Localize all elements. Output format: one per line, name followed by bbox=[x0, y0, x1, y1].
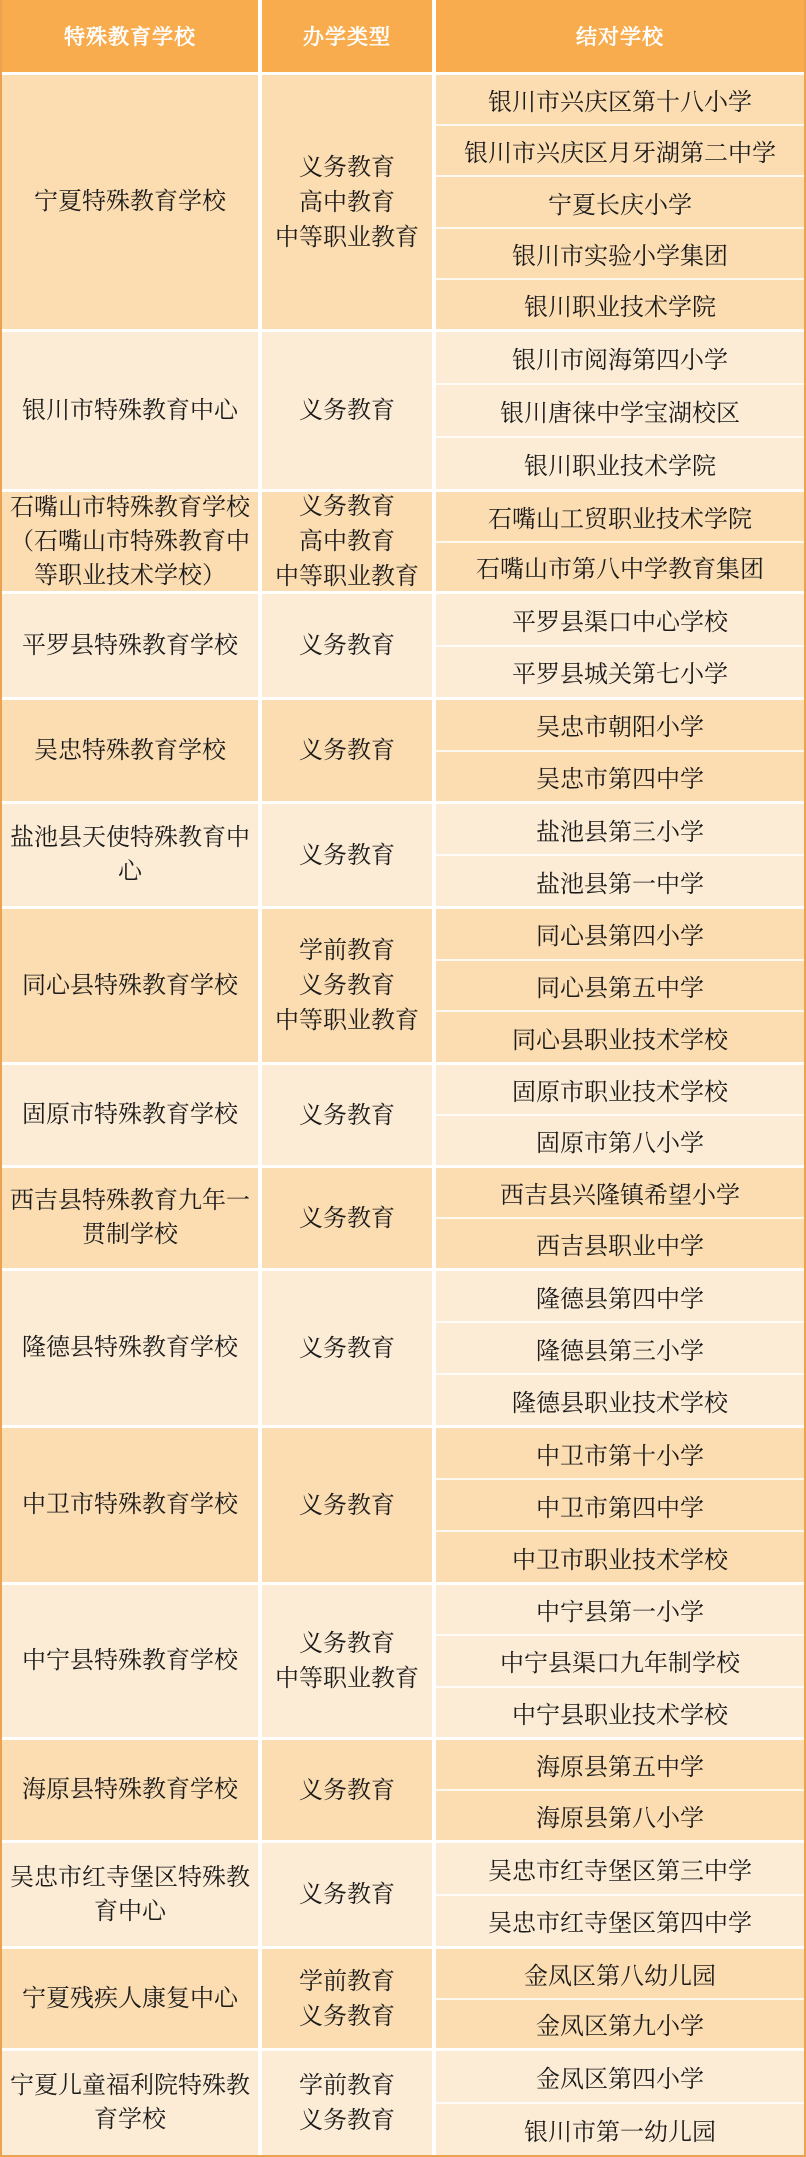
partner-school-list: 同心县第四小学同心县第五中学同心县职业技术学校 bbox=[436, 909, 804, 1062]
partner-school-list: 隆德县第四中学隆德县第三小学隆德县职业技术学校 bbox=[436, 1271, 804, 1425]
education-type-line: 学前教育 bbox=[299, 2068, 395, 2103]
table-row-group: 宁夏儿童福利院特殊教育学校学前教育义务教育金凤区第四小学银川市第一幼儿园 bbox=[2, 2051, 804, 2155]
table-row-group: 宁夏残疾人康复中心学前教育义务教育金凤区第八幼儿园金凤区第九小学 bbox=[2, 1949, 804, 2048]
education-type-cell: 学前教育义务教育中等职业教育 bbox=[262, 909, 432, 1062]
education-type-line: 高中教育 bbox=[299, 185, 395, 220]
partner-school-cell: 海原县第八小学 bbox=[436, 1789, 804, 1840]
special-school-cell: 海原县特殊教育学校 bbox=[2, 1740, 258, 1840]
education-type-line: 中等职业教育 bbox=[275, 1661, 419, 1696]
table-row-group: 银川市特殊教育中心义务教育银川市阅海第四小学银川唐徕中学宝湖校区银川职业技术学院 bbox=[2, 332, 804, 489]
partner-school-cell: 中卫市第十小学 bbox=[436, 1428, 804, 1478]
special-school-cell: 石嘴山市特殊教育学校（石嘴山市特殊教育中等职业技术学校） bbox=[2, 492, 258, 591]
education-type-line: 义务教育 bbox=[299, 489, 395, 524]
education-type-line: 义务教育 bbox=[299, 1999, 395, 2034]
education-type-line: 义务教育 bbox=[299, 733, 395, 768]
education-type-cell: 义务教育中等职业教育 bbox=[262, 1585, 432, 1737]
partner-school-cell: 石嘴山工贸职业技术学院 bbox=[436, 492, 804, 541]
partner-school-cell: 吴忠市朝阳小学 bbox=[436, 700, 804, 750]
partner-school-cell: 吴忠市红寺堡区第四中学 bbox=[436, 1894, 804, 1947]
table-row-group: 石嘴山市特殊教育学校（石嘴山市特殊教育中等职业技术学校）义务教育高中教育中等职业… bbox=[2, 492, 804, 591]
special-school-cell: 西吉县特殊教育九年一贯制学校 bbox=[2, 1168, 258, 1268]
partner-school-cell: 金凤区第四小学 bbox=[436, 2051, 804, 2102]
column-header-partner-school: 结对学校 bbox=[436, 0, 804, 72]
table-header-row: 特殊教育学校 办学类型 结对学校 bbox=[2, 0, 804, 72]
partner-school-cell: 吴忠市红寺堡区第三中学 bbox=[436, 1843, 804, 1894]
partner-school-cell: 银川职业技术学院 bbox=[436, 436, 804, 489]
partner-school-cell: 同心县第五中学 bbox=[436, 959, 804, 1011]
education-type-line: 中等职业教育 bbox=[275, 559, 419, 594]
partner-school-cell: 同心县第四小学 bbox=[436, 909, 804, 959]
partner-school-cell: 固原市第八小学 bbox=[436, 1114, 804, 1165]
partner-school-cell: 银川唐徕中学宝湖校区 bbox=[436, 383, 804, 436]
education-type-cell: 义务教育高中教育中等职业教育 bbox=[262, 75, 432, 329]
partner-school-cell: 西吉县职业中学 bbox=[436, 1217, 804, 1268]
partner-school-list: 银川市兴庆区第十八小学银川市兴庆区月牙湖第二中学宁夏长庆小学银川市实验小学集团银… bbox=[436, 75, 804, 329]
education-type-line: 义务教育 bbox=[299, 1773, 395, 1808]
education-type-cell: 义务教育 bbox=[262, 1428, 432, 1582]
table-row-group: 固原市特殊教育学校义务教育固原市职业技术学校固原市第八小学 bbox=[2, 1065, 804, 1165]
pairing-table: 特殊教育学校 办学类型 结对学校 宁夏特殊教育学校义务教育高中教育中等职业教育银… bbox=[0, 0, 806, 2157]
special-school-cell: 固原市特殊教育学校 bbox=[2, 1065, 258, 1165]
table-row-group: 吴忠特殊教育学校义务教育吴忠市朝阳小学吴忠市第四中学 bbox=[2, 700, 804, 801]
education-type-line: 义务教育 bbox=[299, 1201, 395, 1236]
column-header-education-type: 办学类型 bbox=[262, 0, 432, 72]
education-type-line: 义务教育 bbox=[299, 2103, 395, 2138]
table-row-group: 同心县特殊教育学校学前教育义务教育中等职业教育同心县第四小学同心县第五中学同心县… bbox=[2, 909, 804, 1062]
partner-school-list: 盐池县第三小学盐池县第一中学 bbox=[436, 804, 804, 906]
table-row-group: 中卫市特殊教育学校义务教育中卫市第十小学中卫市第四中学中卫市职业技术学校 bbox=[2, 1428, 804, 1582]
education-type-cell: 学前教育义务教育 bbox=[262, 1949, 432, 2048]
partner-school-list: 吴忠市朝阳小学吴忠市第四中学 bbox=[436, 700, 804, 801]
education-type-line: 义务教育 bbox=[299, 1877, 395, 1912]
education-type-line: 义务教育 bbox=[299, 838, 395, 873]
special-school-cell: 银川市特殊教育中心 bbox=[2, 332, 258, 489]
table-row-group: 中宁县特殊教育学校义务教育中等职业教育中宁县第一小学中宁县渠口九年制学校中宁县职… bbox=[2, 1585, 804, 1737]
partner-school-cell: 平罗县城关第七小学 bbox=[436, 645, 804, 698]
partner-school-cell: 银川市阅海第四小学 bbox=[436, 332, 804, 383]
partner-school-cell: 海原县第五中学 bbox=[436, 1740, 804, 1789]
education-type-line: 义务教育 bbox=[299, 968, 395, 1003]
education-type-cell: 义务教育 bbox=[262, 1065, 432, 1165]
partner-school-cell: 盐池县第三小学 bbox=[436, 804, 804, 854]
special-school-cell: 平罗县特殊教育学校 bbox=[2, 594, 258, 697]
education-type-cell: 义务教育 bbox=[262, 1843, 432, 1946]
partner-school-cell: 同心县职业技术学校 bbox=[436, 1010, 804, 1062]
special-school-cell: 中宁县特殊教育学校 bbox=[2, 1585, 258, 1737]
education-type-cell: 义务教育 bbox=[262, 332, 432, 489]
table-row-group: 西吉县特殊教育九年一贯制学校义务教育西吉县兴隆镇希望小学西吉县职业中学 bbox=[2, 1168, 804, 1268]
education-type-line: 义务教育 bbox=[299, 1098, 395, 1133]
partner-school-cell: 平罗县渠口中心学校 bbox=[436, 594, 804, 645]
education-type-cell: 义务教育 bbox=[262, 594, 432, 697]
partner-school-list: 金凤区第八幼儿园金凤区第九小学 bbox=[436, 1949, 804, 2048]
special-school-cell: 吴忠特殊教育学校 bbox=[2, 700, 258, 801]
partner-school-cell: 隆德县职业技术学校 bbox=[436, 1373, 804, 1425]
education-type-cell: 义务教育 bbox=[262, 804, 432, 906]
partner-school-cell: 吴忠市第四中学 bbox=[436, 750, 804, 802]
partner-school-list: 平罗县渠口中心学校平罗县城关第七小学 bbox=[436, 594, 804, 697]
partner-school-list: 石嘴山工贸职业技术学院石嘴山市第八中学教育集团 bbox=[436, 492, 804, 591]
table-row-group: 盐池县天使特殊教育中心义务教育盐池县第三小学盐池县第一中学 bbox=[2, 804, 804, 906]
partner-school-list: 银川市阅海第四小学银川唐徕中学宝湖校区银川职业技术学院 bbox=[436, 332, 804, 489]
partner-school-list: 西吉县兴隆镇希望小学西吉县职业中学 bbox=[436, 1168, 804, 1268]
education-type-line: 义务教育 bbox=[299, 1331, 395, 1366]
partner-school-cell: 银川市第一幼儿园 bbox=[436, 2102, 804, 2155]
partner-school-cell: 宁夏长庆小学 bbox=[436, 175, 804, 226]
table-row-group: 宁夏特殊教育学校义务教育高中教育中等职业教育银川市兴庆区第十八小学银川市兴庆区月… bbox=[2, 75, 804, 329]
education-type-line: 中等职业教育 bbox=[275, 220, 419, 255]
education-type-line: 学前教育 bbox=[299, 933, 395, 968]
special-school-cell: 宁夏残疾人康复中心 bbox=[2, 1949, 258, 2048]
education-type-cell: 义务教育 bbox=[262, 1740, 432, 1840]
partner-school-list: 吴忠市红寺堡区第三中学吴忠市红寺堡区第四中学 bbox=[436, 1843, 804, 1946]
table-row-group: 平罗县特殊教育学校义务教育平罗县渠口中心学校平罗县城关第七小学 bbox=[2, 594, 804, 697]
education-type-cell: 义务教育 bbox=[262, 1168, 432, 1268]
partner-school-list: 中宁县第一小学中宁县渠口九年制学校中宁县职业技术学校 bbox=[436, 1585, 804, 1737]
education-type-line: 学前教育 bbox=[299, 1964, 395, 1999]
partner-school-cell: 中宁县第一小学 bbox=[436, 1585, 804, 1634]
education-type-cell: 义务教育高中教育中等职业教育 bbox=[262, 492, 432, 591]
partner-school-cell: 中卫市第四中学 bbox=[436, 1478, 804, 1530]
partner-school-cell: 金凤区第八幼儿园 bbox=[436, 1949, 804, 1998]
partner-school-cell: 隆德县第三小学 bbox=[436, 1321, 804, 1373]
partner-school-list: 金凤区第四小学银川市第一幼儿园 bbox=[436, 2051, 804, 2155]
partner-school-cell: 中卫市职业技术学校 bbox=[436, 1530, 804, 1582]
partner-school-cell: 石嘴山市第八中学教育集团 bbox=[436, 541, 804, 592]
partner-school-list: 中卫市第十小学中卫市第四中学中卫市职业技术学校 bbox=[436, 1428, 804, 1582]
special-school-cell: 盐池县天使特殊教育中心 bbox=[2, 804, 258, 906]
special-school-cell: 隆德县特殊教育学校 bbox=[2, 1271, 258, 1425]
special-school-cell: 宁夏儿童福利院特殊教育学校 bbox=[2, 2051, 258, 2155]
education-type-line: 中等职业教育 bbox=[275, 1003, 419, 1038]
partner-school-cell: 中宁县职业技术学校 bbox=[436, 1686, 804, 1737]
education-type-line: 高中教育 bbox=[299, 524, 395, 559]
partner-school-cell: 隆德县第四中学 bbox=[436, 1271, 804, 1321]
table-row-group: 隆德县特殊教育学校义务教育隆德县第四中学隆德县第三小学隆德县职业技术学校 bbox=[2, 1271, 804, 1425]
partner-school-cell: 银川市兴庆区第十八小学 bbox=[436, 75, 804, 124]
education-type-line: 义务教育 bbox=[299, 1488, 395, 1523]
partner-school-cell: 银川市实验小学集团 bbox=[436, 227, 804, 278]
education-type-line: 义务教育 bbox=[299, 393, 395, 428]
partner-school-cell: 西吉县兴隆镇希望小学 bbox=[436, 1168, 804, 1217]
education-type-cell: 义务教育 bbox=[262, 1271, 432, 1425]
education-type-cell: 义务教育 bbox=[262, 700, 432, 801]
education-type-cell: 学前教育义务教育 bbox=[262, 2051, 432, 2155]
table-row-group: 吴忠市红寺堡区特殊教育中心义务教育吴忠市红寺堡区第三中学吴忠市红寺堡区第四中学 bbox=[2, 1843, 804, 1946]
education-type-line: 义务教育 bbox=[299, 1626, 395, 1661]
special-school-cell: 吴忠市红寺堡区特殊教育中心 bbox=[2, 1843, 258, 1946]
partner-school-list: 固原市职业技术学校固原市第八小学 bbox=[436, 1065, 804, 1165]
table-row-group: 海原县特殊教育学校义务教育海原县第五中学海原县第八小学 bbox=[2, 1740, 804, 1840]
special-school-cell: 同心县特殊教育学校 bbox=[2, 909, 258, 1062]
special-school-cell: 宁夏特殊教育学校 bbox=[2, 75, 258, 329]
partner-school-cell: 中宁县渠口九年制学校 bbox=[436, 1634, 804, 1685]
partner-school-cell: 固原市职业技术学校 bbox=[436, 1065, 804, 1114]
column-header-special-school: 特殊教育学校 bbox=[2, 0, 258, 72]
partner-school-list: 海原县第五中学海原县第八小学 bbox=[436, 1740, 804, 1840]
education-type-line: 义务教育 bbox=[299, 150, 395, 185]
partner-school-cell: 银川职业技术学院 bbox=[436, 278, 804, 329]
special-school-cell: 中卫市特殊教育学校 bbox=[2, 1428, 258, 1582]
partner-school-cell: 盐池县第一中学 bbox=[436, 854, 804, 906]
partner-school-cell: 银川市兴庆区月牙湖第二中学 bbox=[436, 124, 804, 175]
partner-school-cell: 金凤区第九小学 bbox=[436, 1998, 804, 2049]
education-type-line: 义务教育 bbox=[299, 628, 395, 663]
